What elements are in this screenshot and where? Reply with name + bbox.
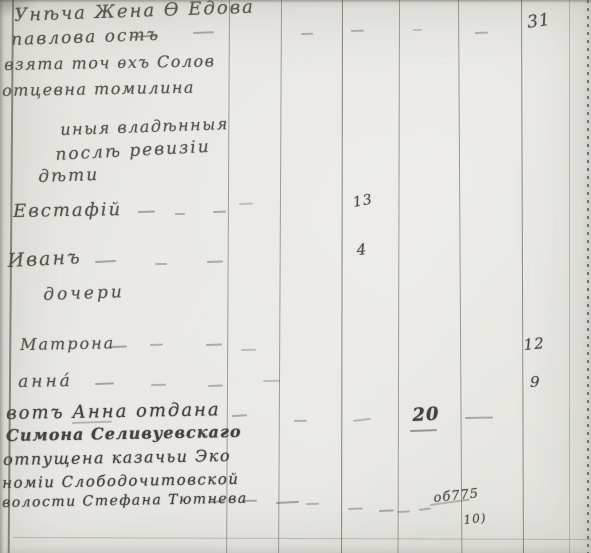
handwritten-number: 13: [352, 193, 374, 212]
handwritten-number: 10): [463, 512, 487, 528]
document-page: Унѣча Жена Ѳ Едовапавлова остъвзята точ …: [0, 0, 591, 553]
ditto-dash: [465, 417, 493, 419]
ditto-dash: [379, 509, 394, 512]
handwritten-number: 4: [356, 241, 368, 258]
handwritten-line: послѣ ревизіи: [55, 138, 211, 165]
ditto-dash: [301, 33, 313, 35]
ditto-dash: [353, 418, 371, 422]
ditto-dash: [95, 260, 116, 263]
handwritten-line: анна́: [18, 372, 73, 392]
handwritten-line: павлова остъ: [11, 26, 160, 50]
ditto-dash: [95, 382, 114, 385]
column-rule: [521, 0, 524, 553]
ditto-dash: [138, 210, 155, 213]
column-rule: [569, 0, 570, 553]
column-rule: [587, 0, 589, 553]
handwritten-line: вотъ Анна отдана: [6, 400, 221, 424]
ditto-dash: [397, 510, 410, 513]
column-rule: [398, 0, 401, 553]
ditto-dash: [213, 211, 226, 213]
handwritten-line: номіи Слободочитовской: [2, 471, 240, 492]
ditto-dash: [193, 31, 214, 34]
handwritten-line: иныя владѣнныя: [60, 115, 229, 138]
handwritten-number: 31: [526, 11, 552, 33]
handwritten-line: Матрона: [20, 334, 115, 353]
ditto-dash: [413, 29, 422, 31]
row-rule: [13, 537, 591, 540]
ditto-dash: [410, 429, 437, 432]
ditto-dash: [207, 260, 223, 263]
scan-corner-smudge: [0, 0, 40, 18]
handwritten-line: Евстафій: [13, 200, 122, 222]
handwritten-number: 9: [530, 374, 541, 391]
ditto-dash: [232, 414, 247, 417]
handwritten-line: Унѣча Жена Ѳ Едова: [14, 0, 255, 26]
handwritten-line: дочери: [43, 283, 125, 305]
ditto-dash: [351, 30, 364, 32]
ditto-dash: [175, 213, 185, 215]
scan-edge-left: [0, 0, 4, 553]
ditto-dash: [294, 420, 307, 422]
ditto-dash: [348, 507, 363, 510]
ditto-dash: [276, 501, 299, 504]
ditto-dash: [155, 263, 167, 265]
handwritten-line: волости Стефана Тютнева: [2, 492, 248, 512]
ditto-dash: [208, 384, 223, 387]
ditto-dash: [306, 503, 319, 505]
handwritten-number: об775: [433, 487, 480, 506]
ditto-dash: [419, 507, 431, 511]
scan-edge-top: [0, 0, 591, 3]
ditto-dash: [241, 349, 256, 351]
ditto-dash: [206, 343, 222, 346]
column-rule: [278, 0, 282, 553]
ditto-dash: [239, 203, 253, 205]
handwritten-line: Иванъ: [7, 247, 82, 272]
handwritten-line: отпущена казачьи Эко: [3, 447, 231, 469]
handwritten-line: дѣти: [38, 166, 99, 187]
handwritten-line: взята точ ѳхъ Солов: [4, 52, 216, 73]
ditto-dash: [263, 380, 280, 382]
ditto-dash: [475, 32, 488, 34]
handwritten-line: отцевна томилина: [2, 79, 195, 100]
handwritten-line: Симона Селивуевскаго: [6, 423, 242, 445]
handwritten-number: 20: [412, 405, 440, 426]
column-rule: [341, 0, 343, 553]
ditto-dash: [150, 344, 163, 346]
handwritten-number: 12: [523, 335, 545, 353]
ditto-dash: [151, 384, 166, 386]
column-rule: [458, 0, 463, 553]
